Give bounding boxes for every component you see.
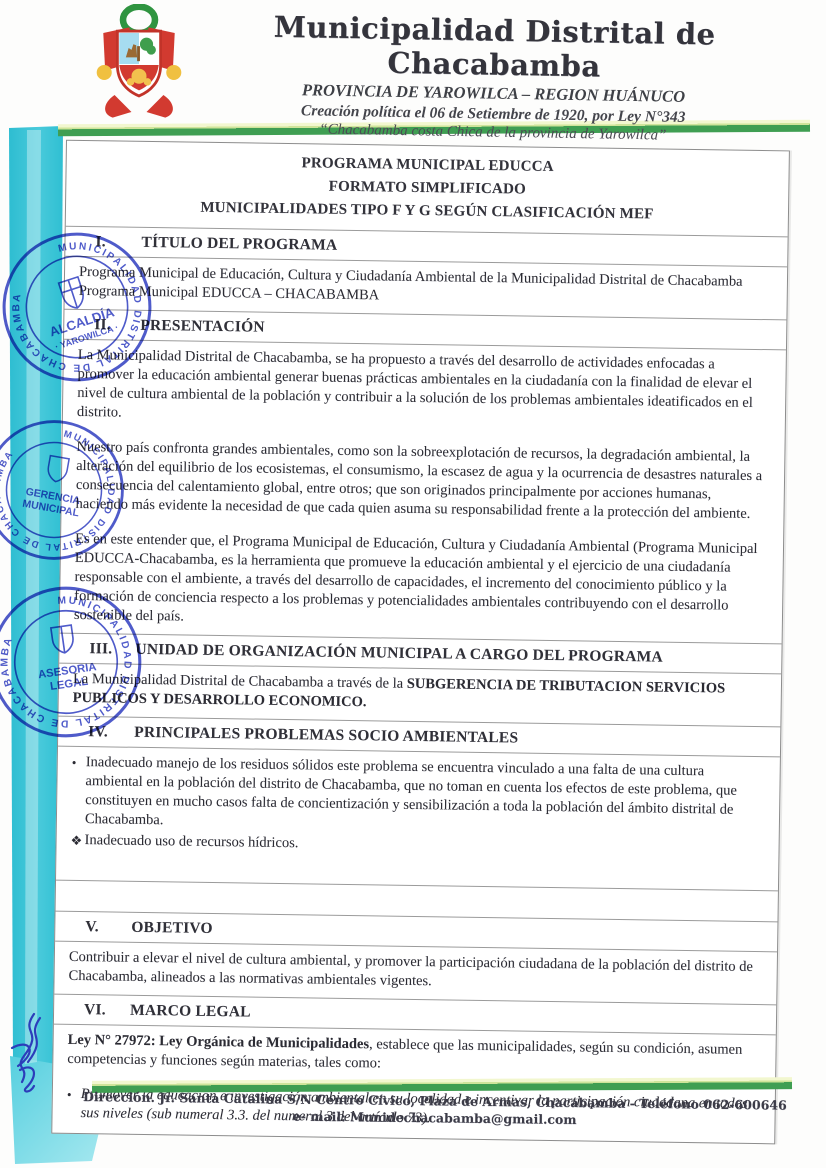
section-2-paragraph-2: Nuestro país confronta grandes ambiental… — [75, 438, 766, 524]
section-2-paragraph-1: La Municipalidad Distrital de Chacabamba… — [77, 346, 768, 432]
problem-bullet-2-text: Inadecuado uso de recursos hídricos. — [84, 831, 298, 853]
section-4-title: PRINCIPALES PROBLEMAS SOCIO AMBIENTALES — [134, 723, 518, 748]
document-table: PROGRAMA MUNICIPAL EDUCCA FORMATO SIMPLI… — [51, 140, 790, 1145]
section-6-numeral: VI. — [84, 1000, 130, 1020]
letterhead: Municipalidad Distrital de Chacabamba PR… — [0, 0, 826, 128]
stamp2-ring-text: MUNICIPALIDAD DISTRITAL DE CHACABAMBA — [0, 418, 126, 562]
document-title-block: PROGRAMA MUNICIPAL EDUCCA FORMATO SIMPLI… — [66, 141, 789, 238]
signature-icon — [0, 1008, 72, 1108]
stamp1-ring-text: MUNICIPALIDAD DISTRITAL DE CHACABAMBA — [0, 224, 160, 390]
bullet-dot-icon: • — [71, 753, 86, 829]
scanned-document-page: Municipalidad Distrital de Chacabamba PR… — [0, 0, 826, 1168]
stamp3-ring-text: MUNICIPALIDAD DISTRITAL DE CHACABAMBA — [0, 587, 141, 737]
section-3-paragraph: La Municipalidad Distrital de Chacabamba… — [73, 670, 763, 718]
section-5-title: OBJETIVO — [131, 918, 213, 938]
section-4-body: • Inadecuado manejo de los residuos sóli… — [56, 747, 780, 892]
letterhead-text: Municipalidad Distrital de Chacabamba PR… — [173, 8, 815, 147]
asesoria-stamp-icon: MUNICIPALIDAD DISTRITAL DE CHACABAMBA AS… — [0, 569, 159, 754]
section-5-numeral: V. — [85, 917, 131, 937]
section-2-body: La Municipalidad Distrital de Chacabamba… — [60, 340, 786, 645]
section-2-paragraph-3: Es en este entender que, el Programa Mun… — [74, 530, 765, 635]
problem-bullet-1: • Inadecuado manejo de los residuos sóli… — [71, 753, 762, 839]
section-3-title: UNIDAD DE ORGANIZACIÓN MUNICIPAL A CARGO… — [135, 640, 663, 667]
section-1-title: TÍTULO DEL PROGRAMA — [141, 233, 337, 255]
section-5-paragraph: Contribuir a elevar el nivel de cultura … — [68, 948, 758, 996]
bullet-diamond-icon: ❖ — [70, 831, 84, 850]
section-1-paragraph: Programa Municipal de Educación, Cultura… — [79, 263, 769, 311]
section-6-paragraph: Ley N° 27972: Ley Orgánica de Municipali… — [67, 1031, 757, 1079]
municipality-title: Municipalidad Distrital de Chacabamba — [174, 8, 815, 87]
svg-text:MUNICIPALIDAD DISTRITAL DE CHA: MUNICIPALIDAD DISTRITAL DE CHACABAMBA — [0, 418, 126, 562]
peru-coat-of-arms-icon — [92, 4, 186, 124]
problem-bullet-1-text: Inadecuado manejo de los residuos sólido… — [85, 753, 762, 839]
law-reference-bold: Ley N° 27972: Ley Orgánica de Municipali… — [68, 1032, 370, 1052]
section-6-title: MARCO LEGAL — [130, 1001, 251, 1022]
svg-text:MUNICIPALIDAD DISTRITAL DE CHA: MUNICIPALIDAD DISTRITAL DE CHACABAMBA — [0, 224, 160, 390]
svg-text:MUNICIPALIDAD DISTRITAL DE CHA: MUNICIPALIDAD DISTRITAL DE CHACABAMBA — [0, 587, 141, 737]
